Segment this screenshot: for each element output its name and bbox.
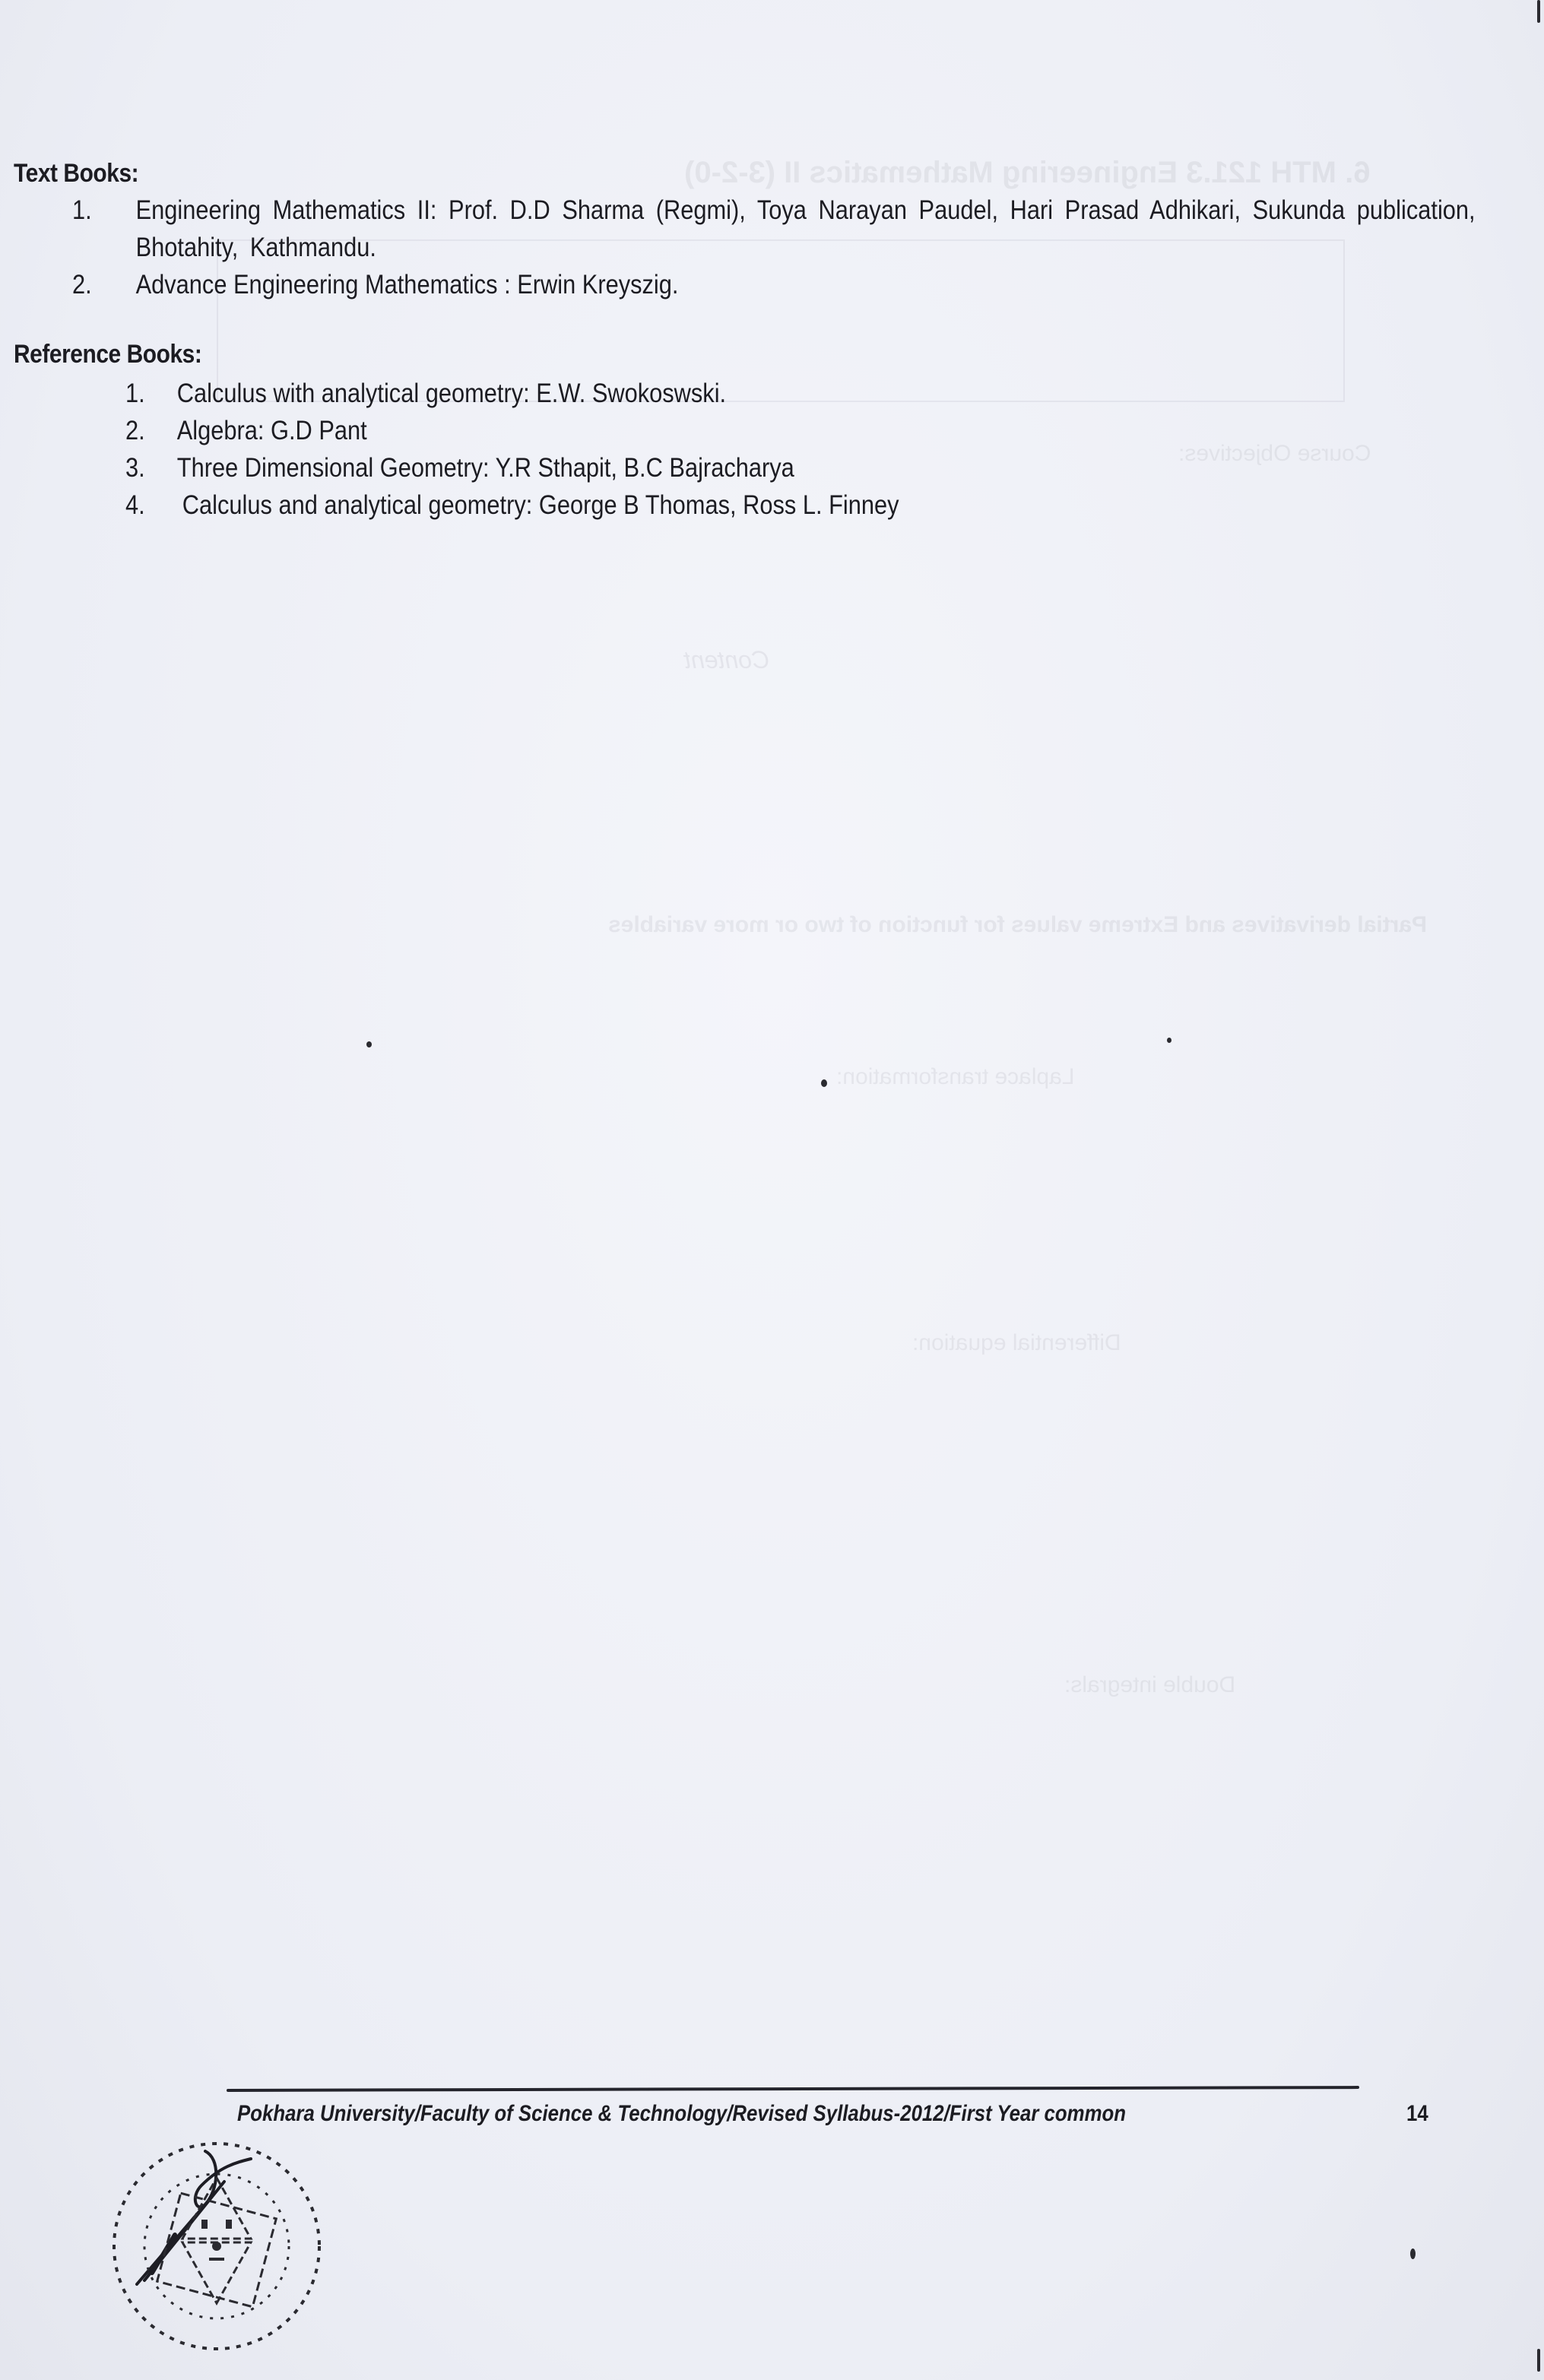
scan-speck [1537, 2349, 1540, 2372]
show-through-text: Course Objectives: [1178, 441, 1371, 467]
item-text: Three Dimensional Geometry: Y.R Sthapit,… [177, 449, 794, 486]
reference-books-heading: Reference Books: [14, 340, 201, 369]
show-through-text: Differential equation: [912, 1330, 1121, 1356]
scan-speck [1537, 0, 1540, 23]
item-number: 2. [72, 266, 92, 303]
item-number: 3. [125, 449, 145, 486]
item-text: Calculus and analytical geometry: George… [182, 486, 899, 524]
item-number: 2. [125, 412, 145, 449]
scanned-page: 6. MTH 121.3 Engineering Mathematics II … [0, 0, 1544, 2380]
footer-source-line: Pokhara University/Faculty of Science & … [237, 2101, 1126, 2127]
scan-speck [821, 1079, 827, 1087]
item-text: Engineering Mathematics II: Prof. D.D Sh… [136, 192, 1544, 266]
item-text: Calculus with analytical geometry: E.W. … [177, 375, 726, 412]
page-number: 14 [1406, 2101, 1428, 2127]
text-books-heading: Text Books: [14, 159, 138, 189]
show-through-text: Content [684, 646, 769, 674]
item-number: 4. [125, 486, 145, 524]
university-seal-icon [95, 2121, 338, 2364]
item-number: 1. [125, 375, 145, 412]
footer-rule [227, 2086, 1359, 2092]
show-through-text: Partial derivatives and Extreme values f… [608, 912, 1427, 938]
item-text: Algebra: G.D Pant [177, 412, 367, 449]
scan-speck [1410, 2248, 1416, 2259]
show-through-text: Laplace transformation: [836, 1064, 1075, 1090]
scan-speck [366, 1041, 372, 1047]
show-through-title: 6. MTH 121.3 Engineering Mathematics II … [684, 156, 1370, 190]
item-text: Advance Engineering Mathematics : Erwin … [136, 266, 679, 303]
show-through-text: Double integrals: [1064, 1672, 1235, 1698]
item-number: 1. [72, 192, 92, 229]
scan-speck [1167, 1038, 1171, 1043]
